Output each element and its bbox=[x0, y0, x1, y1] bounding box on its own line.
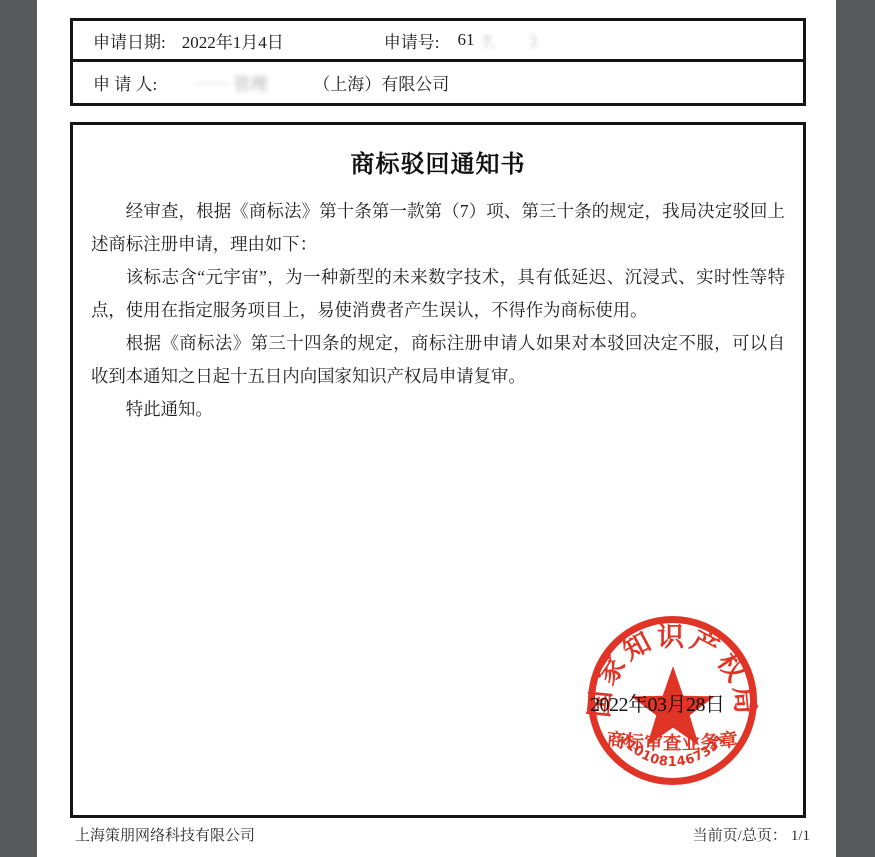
decision-date: 2022年03月28日 bbox=[590, 688, 725, 717]
applicant-label: 申 请 人: bbox=[93, 70, 157, 95]
applicant-name-redacted: ⋯⋯ 管理 bbox=[195, 70, 305, 95]
notice-text: 经审查，根据《商标法》第十条第一款第（7）项、第三十条的规定，我局决定驳回上述商… bbox=[91, 195, 785, 426]
notice-paragraph: 特此通知。 bbox=[91, 393, 785, 426]
page-indicator-label: 当前页/总页： bbox=[693, 828, 787, 844]
footer-company-name: 上海策朋网络科技有限公司 bbox=[75, 824, 255, 845]
document-page: 申请日期: 2022年1月4日 申请号: 61 7. ） 申 请 人: ⋯⋯ 管… bbox=[37, 0, 836, 857]
notice-title: 商标驳回通知书 bbox=[91, 144, 785, 179]
footer-page-indicator: 当前页/总页：1/1 bbox=[693, 824, 810, 845]
notice-paragraph: 根据《商标法》第三十四条的规定，商标注册申请人如果对本驳回决定不服，可以自收到本… bbox=[91, 327, 785, 393]
application-number-label: 申请号: bbox=[384, 28, 440, 53]
application-date-value: 2022年1月4日 bbox=[182, 28, 284, 53]
application-number-redacted: 7. ） bbox=[482, 28, 546, 53]
notice-paragraph: 经审查，根据《商标法》第十条第一款第（7）项、第三十条的规定，我局决定驳回上述商… bbox=[91, 195, 785, 261]
application-info-row: 申请日期: 2022年1月4日 申请号: 61 7. ） bbox=[70, 18, 806, 62]
application-number-value: 61 bbox=[457, 30, 474, 50]
notice-paragraph: 该标志含“元宇宙”，为一种新型的未来数字技术，具有低延迟、沉浸式、实时性等特点，… bbox=[91, 261, 785, 327]
applicant-name-visible: （上海）有限公司 bbox=[313, 70, 449, 95]
page-indicator-value: 1/1 bbox=[791, 828, 810, 844]
application-date-label: 申请日期: bbox=[93, 28, 166, 53]
applicant-info-row: 申 请 人: ⋯⋯ 管理 （上海）有限公司 bbox=[70, 59, 806, 106]
